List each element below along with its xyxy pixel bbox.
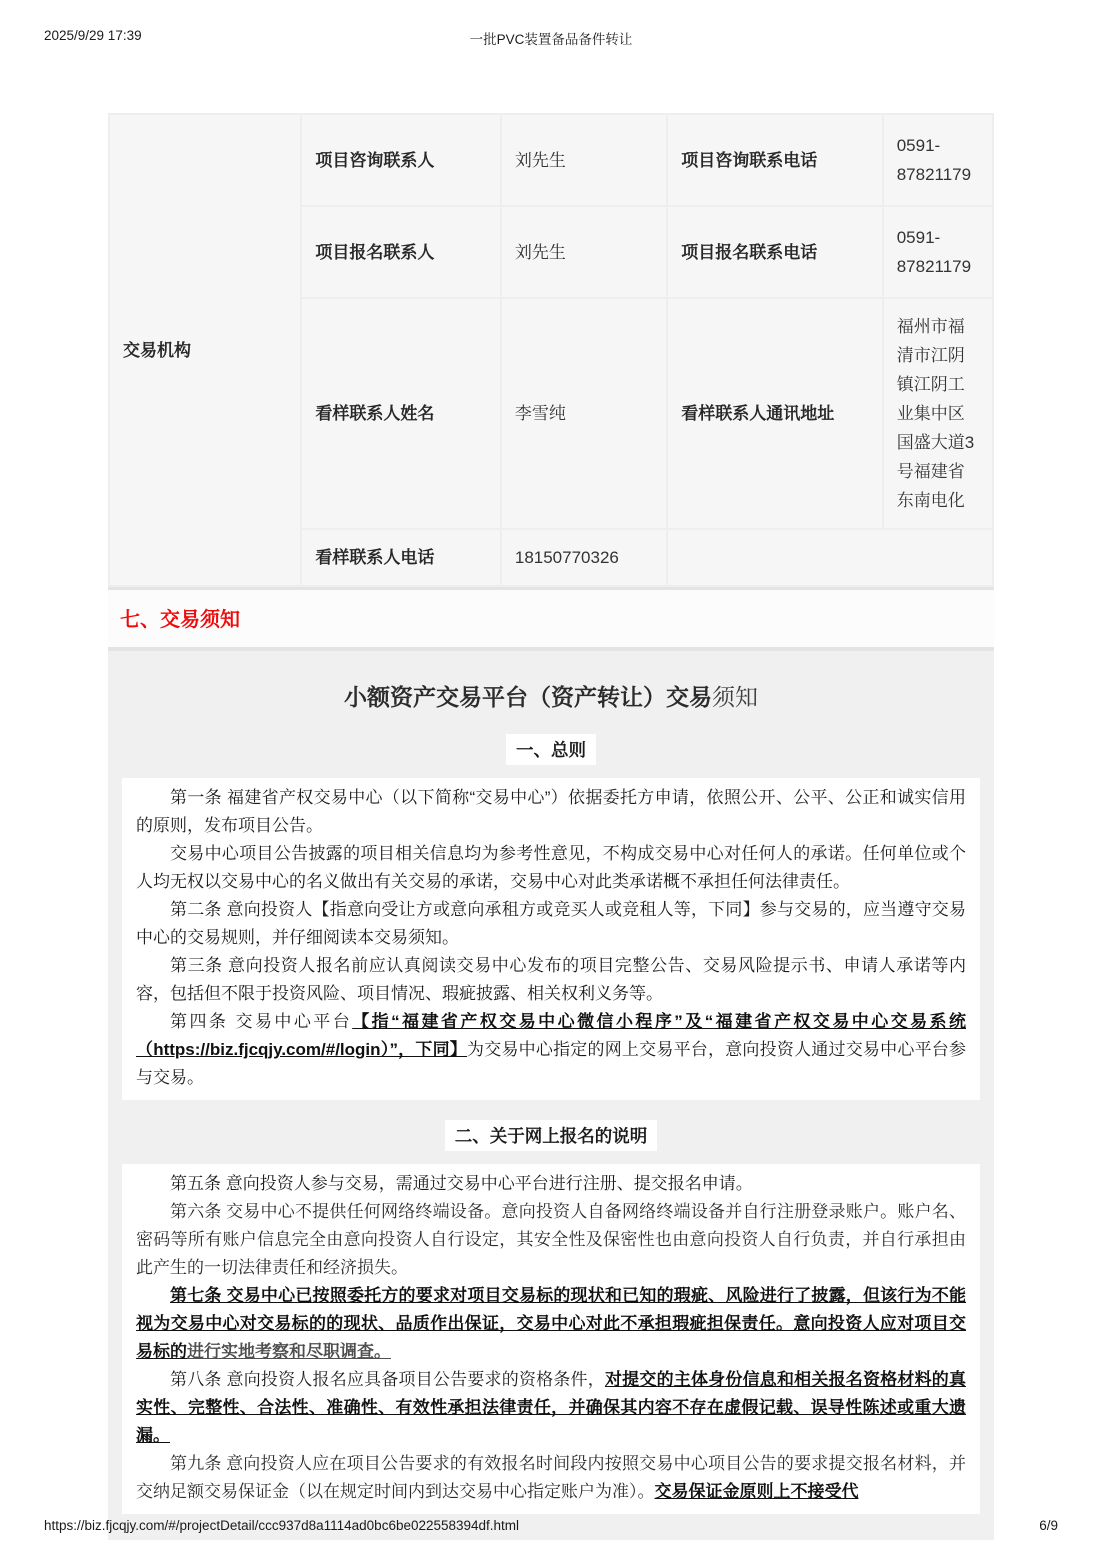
table-value: 刘先生 xyxy=(501,114,667,206)
section-seven-heading: 七、交易须知 xyxy=(108,590,994,647)
notice-paragraph: 第七条 交易中心已按照委托方的要求对项目交易标的现状和已知的瑕疵、风险进行了披露… xyxy=(136,1282,966,1366)
notice-title: 小额资产交易平台（资产转让）交易须知 xyxy=(108,681,994,714)
table-label: 看样联系人姓名 xyxy=(301,298,500,529)
footer-url: https://biz.fjcqjy.com/#/projectDetail/c… xyxy=(44,1518,519,1533)
notice-paragraph: 第八条 意向投资人报名应具备项目公告要求的资格条件，对提交的主体身份信息和相关报… xyxy=(136,1366,966,1450)
notice-block-registration: 第五条 意向投资人参与交易，需通过交易中心平台进行注册、提交报名申请。 第六条 … xyxy=(122,1164,980,1514)
notice-title-bold: 小额资产交易平台（资产转让）交易 xyxy=(344,684,712,710)
table-label: 项目咨询联系电话 xyxy=(667,114,882,206)
table-label: 看样联系人通讯地址 xyxy=(667,298,882,529)
notice-paragraph: 第二条 意向投资人【指意向受让方或意向承租方或竞买人或竞租人等，下同】参与交易的… xyxy=(136,896,966,952)
table-value: 李雪纯 xyxy=(501,298,667,529)
notice-paragraph: 第一条 福建省产权交易中心（以下简称“交易中心”）依据委托方申请，依照公开、公平… xyxy=(136,784,966,840)
notice-paragraph: 第九条 意向投资人应在项目公告要求的有效报名时间段内按照交易中心项目公告的要求提… xyxy=(136,1450,966,1506)
notice-heading-general: 一、总则 xyxy=(108,734,994,765)
table-label: 项目咨询联系人 xyxy=(301,114,500,206)
contact-info-table: 交易机构 项目咨询联系人 刘先生 项目咨询联系电话 0591-87821179 … xyxy=(108,113,994,587)
table-value: 18150770326 xyxy=(501,529,667,586)
table-label: 项目报名联系电话 xyxy=(667,206,882,298)
table-empty-cell xyxy=(667,529,993,586)
table-value: 刘先生 xyxy=(501,206,667,298)
notice-paragraph: 第四条 交易中心平台【指“福建省产权交易中心微信小程序”及“福建省产权交易中心交… xyxy=(136,1008,966,1092)
print-doc-title: 一批PVC装置备品备件转让 xyxy=(0,28,1102,48)
content-column: 交易机构 项目咨询联系人 刘先生 项目咨询联系电话 0591-87821179 … xyxy=(108,113,994,1540)
table-value: 福州市福清市江阴镇江阴工业集中区国盛大道3号福建省东南电化 xyxy=(883,298,993,529)
section-seven-title: 七、交易须知 xyxy=(120,609,240,631)
notice-block-general: 第一条 福建省产权交易中心（以下简称“交易中心”）依据委托方申请，依照公开、公平… xyxy=(122,778,980,1100)
table-value: 0591-87821179 xyxy=(883,114,993,206)
notice-panel: 小额资产交易平台（资产转让）交易须知 一、总则 第一条 福建省产权交易中心（以下… xyxy=(108,651,994,1540)
table-row: 交易机构 项目咨询联系人 刘先生 项目咨询联系电话 0591-87821179 xyxy=(109,114,993,206)
notice-paragraph: 第三条 意向投资人报名前应认真阅读交易中心发布的项目完整公告、交易风险提示书、申… xyxy=(136,952,966,1008)
notice-paragraph: 第六条 交易中心不提供任何网络终端设备。意向投资人自备网络终端设备并自行注册登录… xyxy=(136,1198,966,1282)
footer-page-number: 6/9 xyxy=(1039,1518,1058,1533)
table-rowspan-header: 交易机构 xyxy=(109,114,301,586)
notice-title-light: 须知 xyxy=(712,685,758,710)
print-page: 2025/9/29 17:39 一批PVC装置备品备件转让 交易机构 项目咨询联… xyxy=(0,0,1102,1559)
table-label: 项目报名联系人 xyxy=(301,206,500,298)
notice-paragraph: 交易中心项目公告披露的项目相关信息均为参考性意见，不构成交易中心对任何人的承诺。… xyxy=(136,840,966,896)
table-value: 0591-87821179 xyxy=(883,206,993,298)
table-label: 看样联系人电话 xyxy=(301,529,500,586)
notice-heading-registration: 二、关于网上报名的说明 xyxy=(108,1120,994,1151)
notice-paragraph: 第五条 意向投资人参与交易，需通过交易中心平台进行注册、提交报名申请。 xyxy=(136,1170,966,1198)
